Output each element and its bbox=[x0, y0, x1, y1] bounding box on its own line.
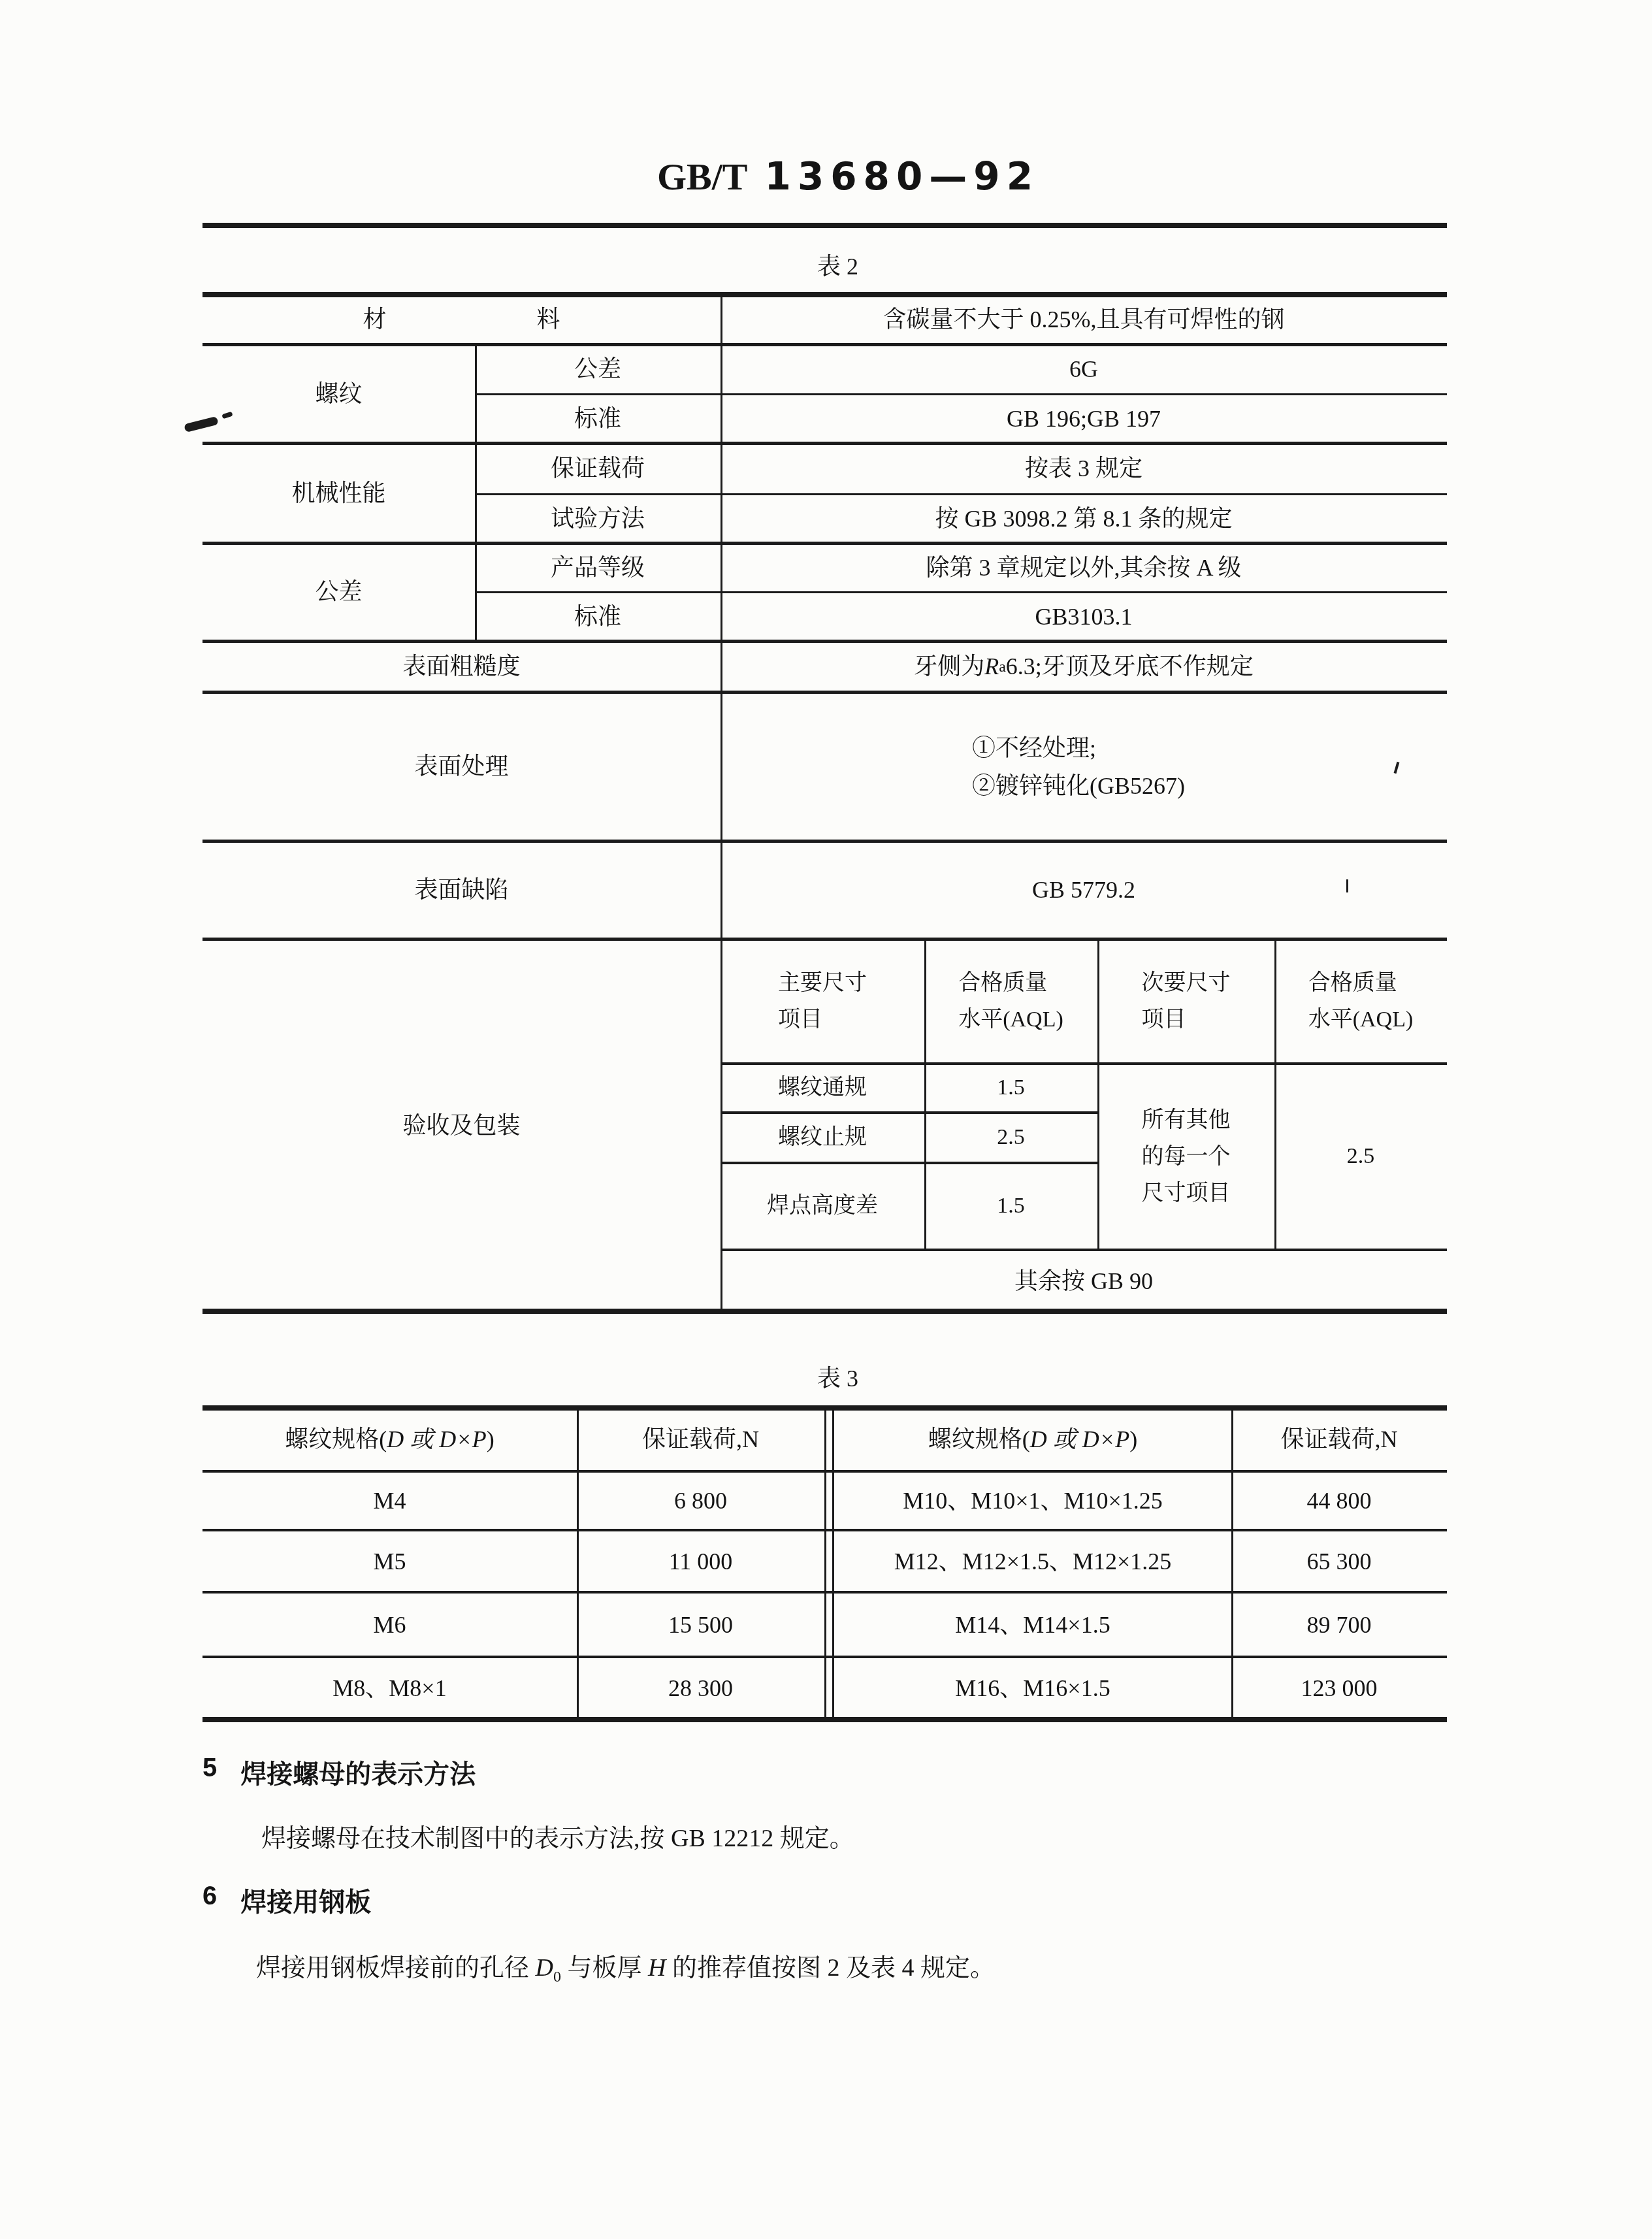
material-value: 含碳量不大于 0.25%,且具有可焊性的钢 bbox=[721, 295, 1447, 345]
table3-load: 6 800 bbox=[577, 1472, 824, 1531]
surface-defect-value: GB 5779.2 bbox=[721, 842, 1447, 940]
product-grade-value: 除第 3 章规定以外,其余按 A 级 bbox=[721, 544, 1447, 593]
table3-load: 65 300 bbox=[1231, 1531, 1447, 1593]
table3-load: 28 300 bbox=[577, 1658, 824, 1720]
proof-load-value: 按表 3 规定 bbox=[721, 444, 1447, 495]
table3-spec: M4 bbox=[202, 1472, 577, 1531]
surface-defect-label: 表面缺陷 bbox=[202, 842, 721, 940]
scan-speck bbox=[1394, 762, 1400, 774]
table3-load: 123 000 bbox=[1231, 1658, 1447, 1720]
table3-header-load-left: 保证载荷,N bbox=[577, 1408, 824, 1472]
nested-other-aql: 2.5 bbox=[1274, 1064, 1447, 1250]
doc-number-prefix: GB/T bbox=[657, 155, 748, 198]
nested-header-aql-2: 合格质量 水平(AQL) bbox=[1274, 940, 1447, 1064]
nested-header-minor: 次要尺寸 项目 bbox=[1097, 940, 1274, 1064]
section-6-title: 焊接用钢板 bbox=[240, 1882, 371, 1919]
test-method-value: 按 GB 3098.2 第 8.1 条的规定 bbox=[721, 495, 1447, 544]
thread-standard-value: GB 196;GB 197 bbox=[721, 395, 1447, 444]
section-5-title: 焊接螺母的表示方法 bbox=[240, 1754, 476, 1791]
section-5-heading: 5 焊接螺母的表示方法 bbox=[202, 1754, 476, 1791]
table3-spec: M8、M8×1 bbox=[202, 1658, 577, 1720]
nested-row-item: 螺纹通规 bbox=[721, 1064, 924, 1113]
product-grade-label: 产品等级 bbox=[475, 544, 721, 593]
thread-group-label: 螺纹 bbox=[202, 345, 475, 444]
roughness-value: 牙侧为 Ra6.3;牙顶及牙底不作规定 bbox=[721, 642, 1447, 693]
nested-row-item: 焊点高度差 bbox=[721, 1163, 924, 1250]
table3-load: 11 000 bbox=[577, 1531, 824, 1593]
nested-row-item: 螺纹止规 bbox=[721, 1113, 924, 1163]
table3-load: 89 700 bbox=[1231, 1593, 1447, 1658]
thread-tolerance-label: 公差 bbox=[475, 345, 721, 395]
section-6-heading: 6 焊接用钢板 bbox=[202, 1882, 371, 1919]
tolerance-standard-value: GB3103.1 bbox=[721, 593, 1447, 642]
nested-header-main: 主要尺寸 项目 bbox=[721, 940, 924, 1064]
table3-middle-double-line bbox=[824, 1408, 826, 1720]
table3-caption: 表 3 bbox=[202, 1360, 1460, 1394]
table3-spec: M10、M10×1、M10×1.25 bbox=[834, 1472, 1231, 1531]
surface-treatment-label: 表面处理 bbox=[202, 693, 721, 842]
section-5-number: 5 bbox=[202, 1754, 217, 1791]
tolerance-group-label: 公差 bbox=[202, 544, 475, 642]
material-label: 材 料 bbox=[202, 295, 721, 345]
section-6-number: 6 bbox=[202, 1882, 217, 1919]
nested-row-aql: 1.5 bbox=[924, 1064, 1097, 1113]
page-rule bbox=[202, 223, 1447, 228]
section-5-paragraph: 焊接螺母在技术制图中的表示方法,按 GB 12212 规定。 bbox=[261, 1818, 854, 1854]
table3-spec: M6 bbox=[202, 1593, 577, 1658]
proof-load-label: 保证载荷 bbox=[475, 444, 721, 495]
roughness-label: 表面粗糙度 bbox=[202, 642, 721, 693]
table3-header-load-right: 保证载荷,N bbox=[1231, 1408, 1447, 1472]
table3-header-spec-right: 螺纹规格(D 或 D×P) bbox=[834, 1408, 1231, 1472]
table3-header-spec-left: 螺纹规格(D 或 D×P) bbox=[202, 1408, 577, 1472]
nested-other-items: 所有其他 的每一个 尺寸项目 bbox=[1097, 1064, 1274, 1250]
acceptance-label: 验收及包装 bbox=[202, 940, 721, 1313]
table3-spec: M16、M16×1.5 bbox=[834, 1658, 1231, 1720]
document-page: GB/T13680—92 表 2 材 料 含碳量不大于 0.25%, bbox=[0, 0, 1652, 2239]
section-6-paragraph: 焊接用钢板焊接前的孔径 D0 与板厚 H 的推荐值按图 2 及表 4 规定。 bbox=[256, 1947, 995, 1986]
table3-spec: M5 bbox=[202, 1531, 577, 1593]
doc-number-rest: 13680—92 bbox=[765, 154, 1040, 199]
nested-rest-rule: 其余按 GB 90 bbox=[721, 1250, 1447, 1313]
table2-caption: 表 2 bbox=[202, 248, 1460, 282]
nested-header-aql-1: 合格质量 水平(AQL) bbox=[924, 940, 1097, 1064]
nested-row-aql: 2.5 bbox=[924, 1113, 1097, 1163]
surface-treatment-value: ①不经处理; ②镀锌钝化(GB5267) bbox=[972, 693, 1377, 842]
table3-spec: M12、M12×1.5、M12×1.25 bbox=[834, 1531, 1231, 1593]
tolerance-standard-label: 标准 bbox=[475, 593, 721, 642]
table3-load: 44 800 bbox=[1231, 1472, 1447, 1531]
thread-tolerance-value: 6G bbox=[721, 345, 1447, 395]
thread-standard-label: 标准 bbox=[475, 395, 721, 444]
scan-speck bbox=[1346, 879, 1348, 892]
doc-number: GB/T13680—92 bbox=[202, 154, 1470, 199]
test-method-label: 试验方法 bbox=[475, 495, 721, 544]
table3-spec: M14、M14×1.5 bbox=[834, 1593, 1231, 1658]
mechanical-group-label: 机械性能 bbox=[202, 444, 475, 544]
nested-row-aql: 1.5 bbox=[924, 1163, 1097, 1250]
table3-load: 15 500 bbox=[577, 1593, 824, 1658]
